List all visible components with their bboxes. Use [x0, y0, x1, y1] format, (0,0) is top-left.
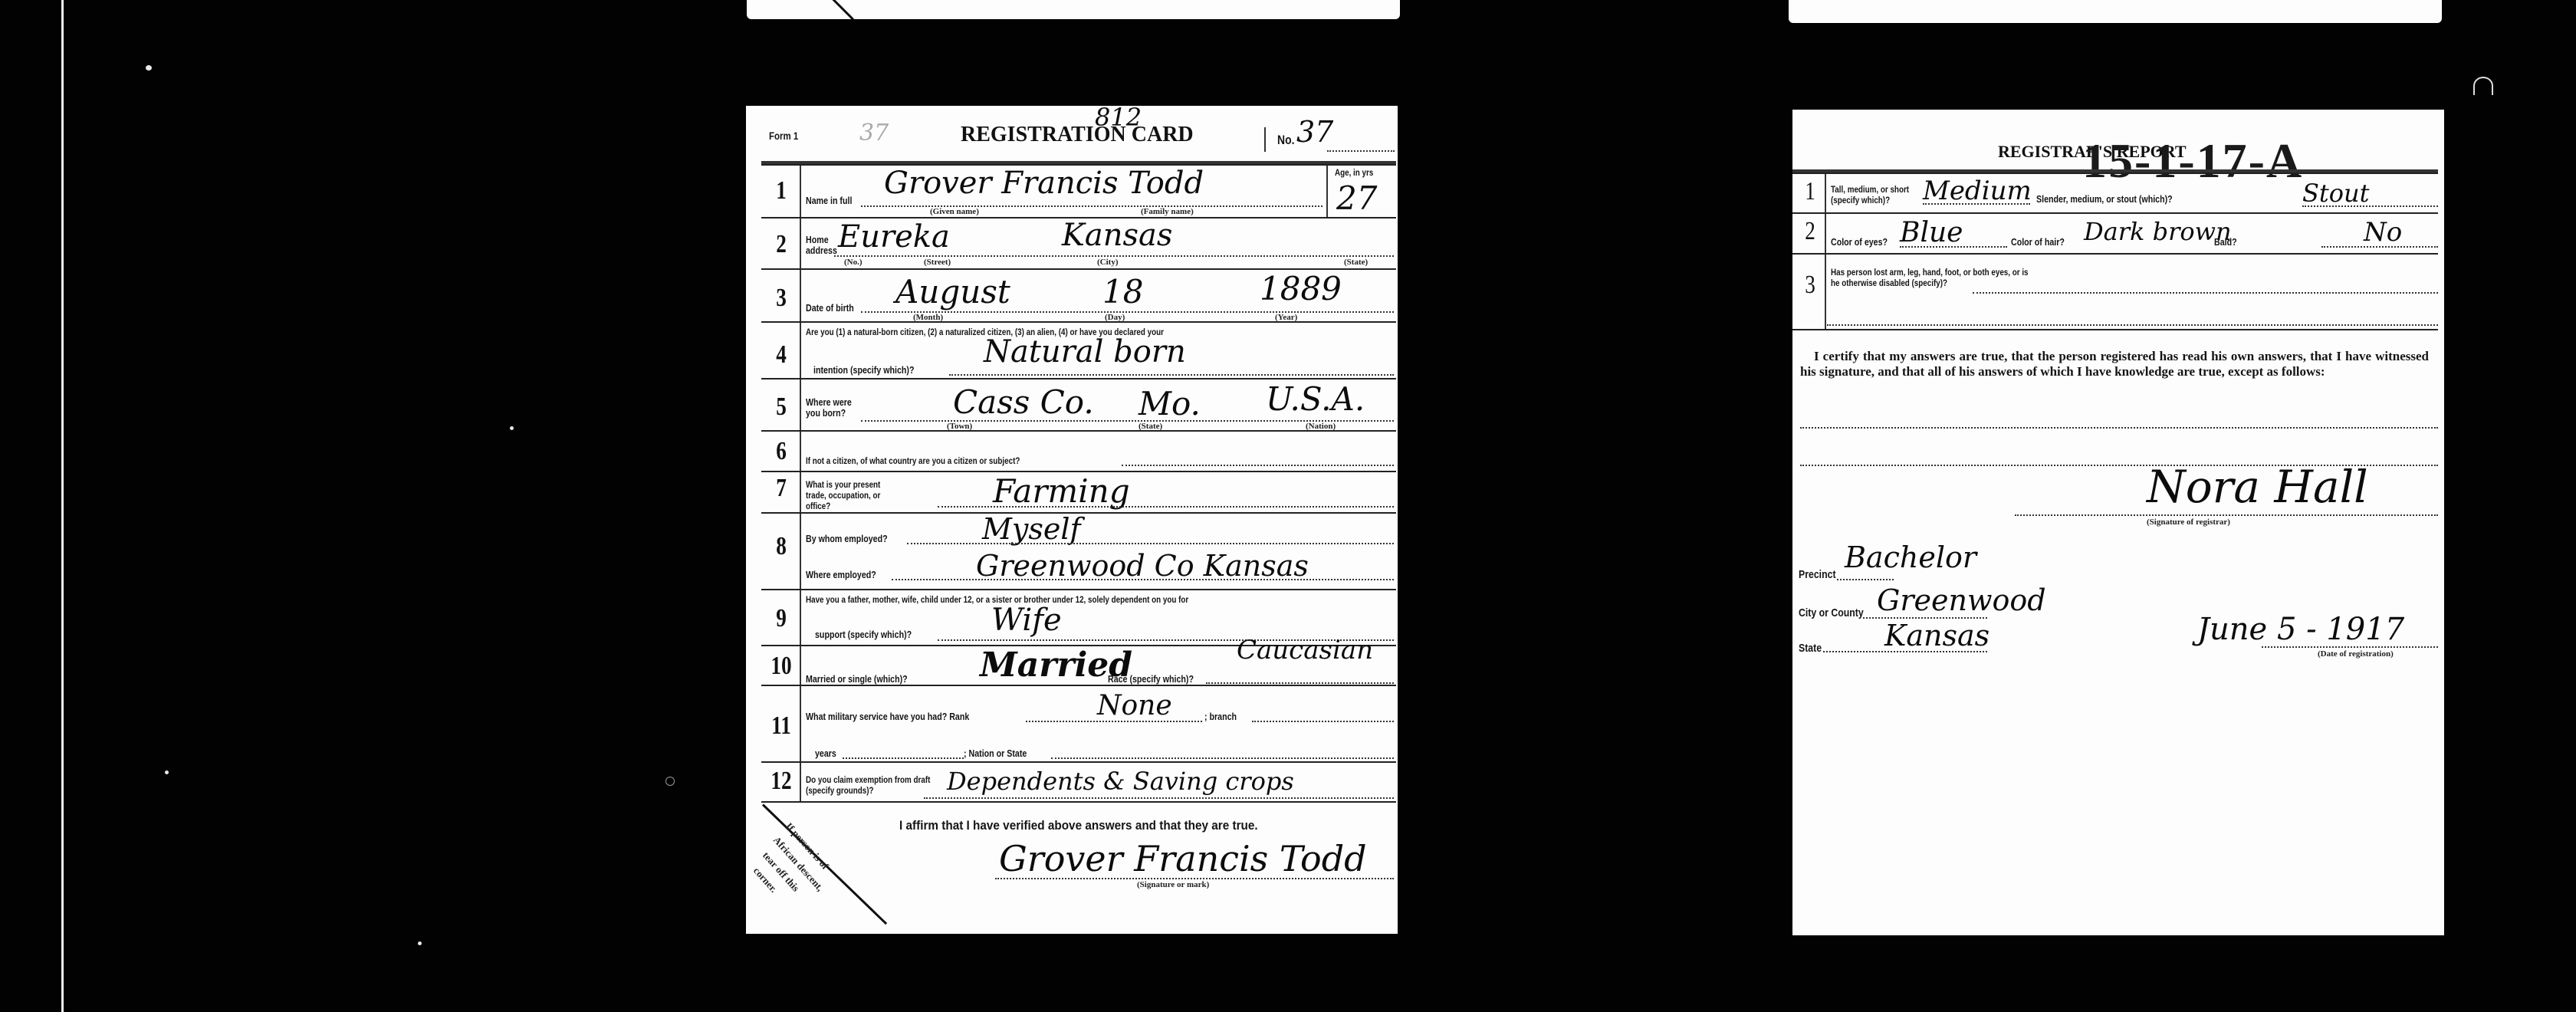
stamped-serial: 15-1-17-A: [2082, 133, 2303, 189]
rule: [1973, 292, 2438, 294]
state-label: State: [1799, 643, 1822, 654]
row-number: 7: [769, 474, 793, 503]
rule: [843, 757, 964, 759]
row-rule: [1792, 329, 2438, 330]
rule: [1837, 579, 1894, 580]
field-label: Color of eyes?: [1831, 237, 1888, 248]
sub-caption: (Street): [924, 258, 951, 267]
rule: [1252, 721, 1394, 722]
age-label: Age, in yrs: [1335, 167, 1373, 178]
corner-tear-line: [823, 0, 854, 20]
scan-speck: [665, 777, 675, 786]
birth-year-value: 1889: [1260, 270, 1342, 307]
rule: [2321, 246, 2438, 248]
registrar-report-card: REGISTRAR'S REPORT 15-1-17-A 1 Tall, med…: [1792, 110, 2444, 935]
rule: [1026, 721, 1202, 722]
pencil-serial: 37: [859, 120, 889, 146]
rule: [1923, 203, 2030, 205]
birth-day-value: 18: [1102, 273, 1143, 310]
rule: [2302, 205, 2438, 207]
scan-speck: [146, 65, 152, 71]
row-number: 6: [769, 437, 793, 466]
rule: [1206, 682, 1394, 684]
row-number: 2: [1799, 217, 1820, 246]
row-rule: [761, 801, 1396, 803]
occupation-value: Farming: [993, 472, 1130, 510]
scan-speck: [510, 426, 514, 430]
number-column-divider: [800, 166, 801, 802]
field-label: support (specify which)?: [815, 629, 912, 640]
field-label: Name in full: [806, 195, 852, 206]
home-city-value: Eureka: [838, 219, 950, 255]
scan-speck: [418, 941, 422, 945]
field-label: What is your present trade, occupation, …: [806, 479, 881, 511]
rule: [995, 878, 1394, 879]
row-number: 8: [769, 532, 793, 561]
field-label: Where were you born?: [806, 397, 857, 419]
field-label: Color of hair?: [2011, 237, 2065, 248]
row-rule: [761, 685, 1396, 686]
rule: [1327, 150, 1395, 152]
sub-caption: (Family name): [1141, 207, 1194, 216]
row-rule: [761, 430, 1396, 432]
height-value: Medium: [1923, 176, 2032, 206]
card-number: 37: [1296, 115, 1333, 149]
bald-value: No: [2364, 217, 2402, 248]
employment-place-value: Greenwood Co Kansas: [976, 549, 1309, 583]
exemption-value: Dependents & Saving crops: [947, 767, 1294, 796]
rule: [1051, 757, 1394, 759]
rule: [1800, 427, 2438, 429]
race-value: Caucasian: [1237, 635, 1373, 665]
birth-town-value: Cass Co.: [953, 383, 1094, 421]
rule: [834, 255, 1394, 257]
scan-speck: [2473, 77, 2493, 95]
row-number: 10: [765, 652, 797, 681]
military-rank-value: None: [1097, 690, 1172, 721]
field-label: Tall, medium, or short (specify which)?: [1831, 184, 1919, 205]
sub-caption: (No.): [844, 258, 863, 267]
row-number: 11: [765, 711, 797, 741]
registrant-signature: Grover Francis Todd: [999, 838, 1367, 879]
field-label: Slender, medium, or stout (which)?: [2036, 194, 2173, 205]
row-number: 2: [769, 230, 793, 259]
field-label: If not a citizen, of what country are yo…: [806, 455, 1020, 466]
field-label: years: [815, 748, 836, 759]
employer-value: Myself: [982, 512, 1081, 546]
age-value: 27: [1336, 179, 1377, 217]
field-label: Race (specify which)?: [1108, 674, 1194, 685]
name-value: Grover Francis Todd: [884, 166, 1204, 201]
previous-card-fragment-left: [747, 0, 1400, 19]
field-label: Has person lost arm, leg, hand, foot, or…: [1831, 267, 2032, 288]
registration-date-value: June 5 - 1917: [2197, 612, 2404, 647]
birth-nation-value: U.S.A.: [1266, 380, 1365, 418]
row-rule: [1792, 253, 2438, 255]
rule: [1823, 651, 1987, 652]
row-rule: [761, 321, 1396, 323]
county-value: Greenwood: [1877, 583, 2046, 617]
field-label: What military service have you had? Rank: [806, 711, 969, 722]
field-label: ; Nation or State: [964, 748, 1027, 759]
divider: [1264, 127, 1266, 152]
row-rule: [761, 761, 1396, 763]
state-value: Kansas: [1884, 619, 1990, 652]
header-rule: [1792, 169, 2438, 174]
affirmation-text: I affirm that I have verified above answ…: [899, 820, 1258, 831]
previous-card-fragment-right: [1789, 0, 2442, 23]
sub-caption: (Given name): [930, 207, 979, 216]
precinct-value: Bachelor: [1845, 540, 1976, 574]
rule: [892, 579, 1394, 580]
field-label: By whom employed?: [806, 534, 888, 544]
row-number: 3: [1799, 271, 1820, 300]
scan-speck: [165, 770, 169, 774]
registration-card: Form 1 37 812 REGISTRATION CARD No. 37 1…: [746, 106, 1398, 934]
rule: [938, 506, 1394, 508]
date-caption: (Date of registration): [2318, 649, 2394, 659]
rule: [949, 374, 1394, 376]
sub-caption: (City): [1097, 258, 1119, 267]
rule: [1827, 324, 2438, 326]
dependent-value: Wife: [991, 603, 1062, 638]
hair-color-value: Dark brown: [2084, 217, 2232, 246]
scan-edge-line: [61, 0, 64, 1012]
field-label: Where employed?: [806, 570, 876, 580]
number-label: No.: [1277, 135, 1294, 146]
number-column-divider: [1825, 174, 1826, 329]
certification-text: I certify that my answers are true, that…: [1800, 349, 2429, 379]
birth-month-value: August: [895, 273, 1010, 310]
row-number: 3: [769, 284, 793, 313]
rule: [924, 797, 1394, 799]
rule: [2015, 514, 2438, 516]
registrar-signature: Nora Hall: [2147, 461, 2368, 513]
rule: [1122, 465, 1394, 466]
row-number: 9: [769, 604, 793, 633]
precinct-label: Precinct: [1799, 570, 1836, 580]
field-label: ; branch: [1204, 711, 1237, 722]
home-state-value: Kansas: [1062, 218, 1172, 253]
form-label: Form 1: [769, 130, 798, 141]
card-title: REGISTRATION CARD: [961, 123, 1194, 147]
row-number: 1: [1799, 177, 1820, 206]
sub-caption: (State): [1344, 258, 1368, 267]
row-number: 12: [765, 767, 797, 796]
eye-color-value: Blue: [1900, 217, 1963, 248]
registrar-caption: (Signature of registrar): [2147, 517, 2230, 527]
field-label: Date of birth: [806, 303, 854, 314]
field-label: Do you claim exemption from draft (speci…: [806, 774, 932, 796]
signature-caption: (Signature or mark): [1137, 880, 1209, 889]
rule: [1900, 246, 2007, 248]
row-rule: [761, 378, 1396, 379]
row-number: 4: [769, 340, 793, 370]
build-value: Stout: [2302, 179, 2370, 208]
rule: [2262, 646, 2438, 648]
county-label: City or County: [1799, 608, 1864, 619]
field-label: Bald?: [2214, 237, 2237, 248]
birth-state-value: Mo.: [1138, 385, 1201, 422]
field-label: intention (specify which)?: [813, 365, 914, 376]
row-number: 5: [769, 393, 793, 422]
row-number: 1: [769, 176, 793, 205]
citizenship-value: Natural born: [984, 334, 1186, 370]
rule: [907, 543, 1394, 544]
field-label: Married or single (which)?: [806, 674, 908, 685]
row-rule: [1792, 212, 2438, 214]
age-column-divider: [1326, 166, 1328, 217]
row-rule: [761, 589, 1396, 590]
